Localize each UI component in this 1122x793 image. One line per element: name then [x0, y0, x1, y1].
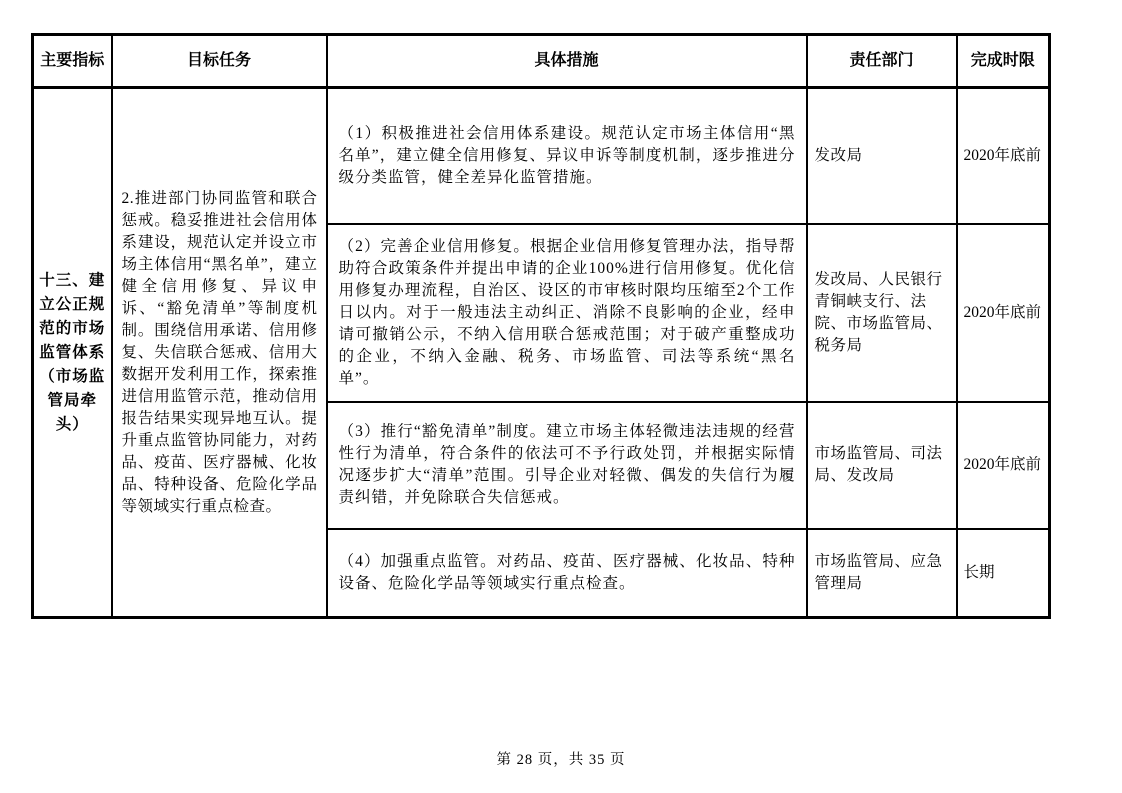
- department-cell-1: 发改局: [807, 88, 957, 224]
- department-cell-4: 市场监管局、应急管理局: [807, 529, 957, 618]
- deadline-cell-1: 2020年底前: [957, 88, 1050, 224]
- department-cell-3: 市场监管局、司法局、发改局: [807, 402, 957, 529]
- page-number: 第 28 页，共 35 页: [0, 748, 1122, 769]
- document-page: 主要指标 目标任务 具体措施 责任部门 完成时限 十三、建立公正规范的市场监管体…: [0, 0, 1122, 793]
- header-completion-deadline: 完成时限: [957, 35, 1050, 88]
- deadline-cell-3: 2020年底前: [957, 402, 1050, 529]
- deadline-cell-2: 2020年底前: [957, 224, 1050, 402]
- measure-cell-1: （1）积极推进社会信用体系建设。规范认定市场主体信用“黑名单”，建立健全信用修复…: [327, 88, 807, 224]
- main-indicator-cell: 十三、建立公正规范的市场监管体系（市场监管局牵头）: [33, 88, 112, 618]
- measure-cell-4: （4）加强重点监管。对药品、疫苗、医疗器械、化妆品、特种设备、危险化学品等领域实…: [327, 529, 807, 618]
- header-target-task: 目标任务: [112, 35, 327, 88]
- header-responsible-department: 责任部门: [807, 35, 957, 88]
- target-task-cell: 2.推进部门协同监管和联合惩戒。稳妥推进社会信用体系建设，规范认定并设立市场主体…: [112, 88, 327, 618]
- measures-table: 主要指标 目标任务 具体措施 责任部门 完成时限 十三、建立公正规范的市场监管体…: [31, 33, 1051, 619]
- header-main-indicator: 主要指标: [33, 35, 112, 88]
- table-row: 十三、建立公正规范的市场监管体系（市场监管局牵头） 2.推进部门协同监管和联合惩…: [33, 88, 1050, 224]
- measure-cell-3: （3）推行“豁免清单”制度。建立市场主体轻微违法违规的经营性行为清单，符合条件的…: [327, 402, 807, 529]
- table-header-row: 主要指标 目标任务 具体措施 责任部门 完成时限: [33, 35, 1050, 88]
- deadline-cell-4: 长期: [957, 529, 1050, 618]
- department-cell-2: 发改局、人民银行青铜峡支行、法院、市场监管局、税务局: [807, 224, 957, 402]
- header-specific-measures: 具体措施: [327, 35, 807, 88]
- measure-cell-2: （2）完善企业信用修复。根据企业信用修复管理办法，指导帮助符合政策条件并提出申请…: [327, 224, 807, 402]
